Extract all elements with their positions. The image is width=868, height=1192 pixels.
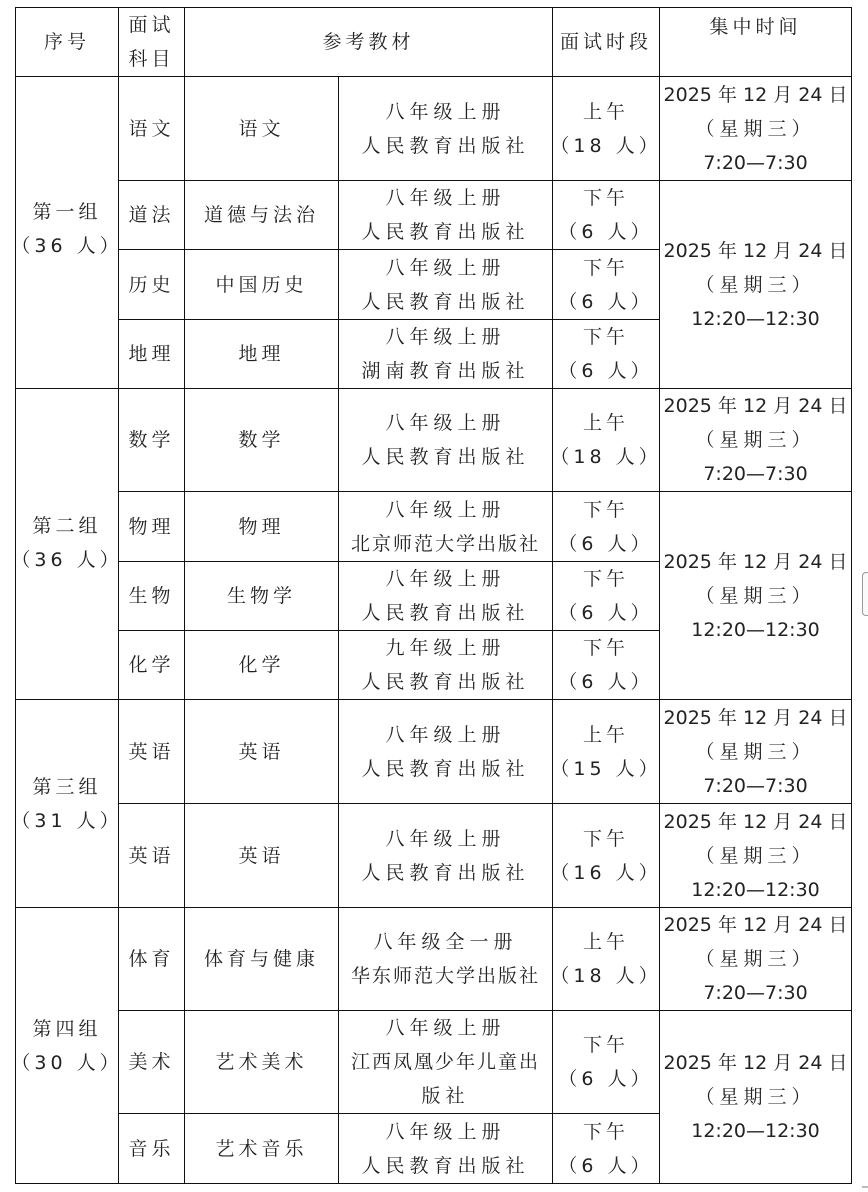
textbook-publisher: 湖南教育出版社 — [361, 354, 529, 388]
assembly-weekday: （星期三） — [695, 579, 815, 613]
textbook-publisher-cont: 版社 — [421, 1079, 469, 1113]
assembly-range: 12:20—12:30 — [691, 302, 820, 336]
period-count: （6 人） — [558, 215, 653, 249]
group-count: （36 人） — [11, 543, 122, 577]
course-text: 英语 — [238, 735, 284, 769]
textbook-grade: 八年级上册 — [385, 1115, 505, 1149]
course-text: 化学 — [238, 648, 284, 682]
header-seq: 序号 — [15, 7, 119, 77]
subject-cell: 物理 — [118, 491, 185, 562]
period-cell: 下午（6 人） — [552, 491, 660, 562]
assembly-time-cell: 2025 年 12 月 24 日（星期三）12:20—12:30 — [659, 491, 852, 700]
assembly-weekday: （星期三） — [695, 735, 815, 769]
subject-text: 英语 — [128, 735, 174, 769]
textbook-cell: 八年级上册人民教育出版社 — [338, 561, 553, 631]
period-cell: 下午（6 人） — [552, 319, 660, 389]
side-panel-handle[interactable] — [862, 572, 868, 616]
period-count: （6 人） — [558, 665, 653, 699]
textbook-grade: 八年级上册 — [385, 95, 505, 129]
period-count: （18 人） — [550, 959, 661, 993]
assembly-weekday: （星期三） — [695, 423, 815, 457]
course-text: 体育与健康 — [204, 942, 319, 976]
textbook-cell: 八年级全一册华东师范大学出版社 — [338, 907, 553, 1011]
course-cell: 中国历史 — [184, 249, 339, 320]
header-textbook: 参考教材 — [184, 7, 553, 77]
assembly-weekday: （星期三） — [695, 942, 815, 976]
group-count: （31 人） — [11, 804, 122, 838]
textbook-publisher: 北京师范大学出版社 — [351, 527, 540, 561]
assembly-range: 7:20—7:30 — [703, 976, 807, 1010]
assembly-range: 12:20—12:30 — [691, 873, 820, 907]
textbook-publisher: 华东师范大学出版社 — [351, 959, 540, 993]
subject-text: 数学 — [128, 423, 174, 457]
textbook-cell: 八年级上册江西凤凰少年儿童出版社 — [338, 1010, 553, 1114]
assembly-date: 2025 年 12 月 24 日 — [664, 1046, 848, 1080]
period-cell: 上午（18 人） — [552, 907, 660, 1011]
course-cell: 数学 — [184, 388, 339, 492]
group-cell: 第三组 （31 人） — [15, 699, 119, 908]
subject-text: 音乐 — [128, 1132, 174, 1166]
course-text: 物理 — [238, 510, 284, 544]
period-text: 下午 — [583, 1028, 629, 1062]
textbook-cell: 八年级上册人民教育出版社 — [338, 249, 553, 320]
group-count: （36 人） — [11, 229, 122, 263]
textbook-grade: 八年级上册 — [385, 493, 505, 527]
subject-cell: 体育 — [118, 907, 185, 1011]
period-text: 上午 — [583, 718, 629, 752]
period-count: （16 人） — [550, 856, 661, 890]
subject-text: 体育 — [128, 942, 174, 976]
period-count: （18 人） — [550, 440, 661, 474]
textbook-grade: 八年级上册 — [385, 181, 505, 215]
period-cell: 上午（15 人） — [552, 699, 660, 804]
period-cell: 上午（18 人） — [552, 388, 660, 492]
course-cell: 体育与健康 — [184, 907, 339, 1011]
subject-text: 道法 — [128, 198, 174, 232]
subject-text: 语文 — [128, 112, 174, 146]
period-count: （6 人） — [558, 596, 653, 630]
period-count: （18 人） — [550, 129, 661, 163]
period-count: （6 人） — [558, 285, 653, 319]
period-text: 上午 — [583, 406, 629, 440]
assembly-weekday: （星期三） — [695, 268, 815, 302]
course-cell: 艺术音乐 — [184, 1113, 339, 1184]
textbook-grade: 八年级上册 — [385, 822, 505, 856]
period-text: 下午 — [583, 631, 629, 665]
subject-cell: 生物 — [118, 561, 185, 631]
subject-cell: 历史 — [118, 249, 185, 320]
period-cell: 下午（6 人） — [552, 1010, 660, 1114]
group-cell: 第二组 （36 人） — [15, 388, 119, 700]
subject-text: 物理 — [128, 510, 174, 544]
subject-text: 英语 — [128, 839, 174, 873]
course-cell: 英语 — [184, 803, 339, 908]
assembly-time-cell: 2025 年 12 月 24 日（星期三）12:20—12:30 — [659, 803, 852, 908]
textbook-grade: 八年级上册 — [385, 562, 505, 596]
course-cell: 物理 — [184, 491, 339, 562]
course-text: 英语 — [238, 839, 284, 873]
textbook-grade: 八年级上册 — [385, 1011, 505, 1045]
assembly-range: 7:20—7:30 — [703, 146, 807, 180]
scroll-corner-mark — [862, 1186, 868, 1188]
assembly-weekday: （星期三） — [695, 1080, 815, 1114]
header-period-label: 面试时段 — [560, 25, 652, 59]
course-cell: 化学 — [184, 630, 339, 700]
period-cell: 上午（18 人） — [552, 76, 660, 181]
textbook-cell: 八年级上册人民教育出版社 — [338, 76, 553, 181]
period-cell: 下午（16 人） — [552, 803, 660, 908]
course-text: 数学 — [238, 423, 284, 457]
header-assembly: 集中时间 — [659, 7, 852, 77]
textbook-grade: 九年级上册 — [385, 631, 505, 665]
course-cell: 生物学 — [184, 561, 339, 631]
textbook-publisher: 人民教育出版社 — [361, 856, 529, 890]
course-text: 地理 — [238, 337, 284, 371]
assembly-date: 2025 年 12 月 24 日 — [664, 389, 848, 423]
header-textbook-label: 参考教材 — [322, 25, 414, 59]
subject-cell: 英语 — [118, 803, 185, 908]
assembly-time-cell: 2025 年 12 月 24 日（星期三）7:20—7:30 — [659, 388, 852, 492]
assembly-date: 2025 年 12 月 24 日 — [664, 805, 848, 839]
course-text: 中国历史 — [215, 268, 307, 302]
subject-cell: 地理 — [118, 319, 185, 389]
course-text: 道德与法治 — [204, 198, 319, 232]
subject-cell: 语文 — [118, 76, 185, 181]
group-name: 第二组 — [32, 509, 101, 543]
header-assembly-label: 集中时间 — [709, 10, 801, 44]
subject-text: 历史 — [128, 268, 174, 302]
course-cell: 英语 — [184, 699, 339, 804]
textbook-grade: 八年级上册 — [385, 406, 505, 440]
period-cell: 下午（6 人） — [552, 1113, 660, 1184]
textbook-publisher: 人民教育出版社 — [361, 285, 529, 319]
period-count: （15 人） — [550, 752, 661, 786]
course-cell: 地理 — [184, 319, 339, 389]
course-cell: 道德与法治 — [184, 180, 339, 250]
header-subject: 面试 科目 — [118, 7, 185, 77]
period-cell: 下午（6 人） — [552, 561, 660, 631]
period-cell: 下午（6 人） — [552, 630, 660, 700]
subject-text: 生物 — [128, 579, 174, 613]
period-count: （6 人） — [558, 1062, 653, 1096]
period-count: （6 人） — [558, 1149, 653, 1183]
subject-text: 美术 — [128, 1045, 174, 1079]
textbook-grade: 八年级上册 — [385, 320, 505, 354]
assembly-date: 2025 年 12 月 24 日 — [664, 908, 848, 942]
textbook-cell: 八年级上册人民教育出版社 — [338, 180, 553, 250]
textbook-publisher: 江西凤凰少年儿童出 — [351, 1045, 540, 1079]
textbook-cell: 八年级上册人民教育出版社 — [338, 699, 553, 804]
textbook-grade: 八年级上册 — [385, 251, 505, 285]
textbook-publisher: 人民教育出版社 — [361, 596, 529, 630]
period-text: 上午 — [583, 95, 629, 129]
period-count: （6 人） — [558, 354, 653, 388]
header-seq-label: 序号 — [44, 25, 90, 59]
subject-text: 地理 — [128, 337, 174, 371]
assembly-time-cell: 2025 年 12 月 24 日（星期三）7:20—7:30 — [659, 699, 852, 804]
subject-cell: 美术 — [118, 1010, 185, 1114]
period-text: 下午 — [583, 493, 629, 527]
textbook-publisher: 人民教育出版社 — [361, 440, 529, 474]
period-text: 下午 — [583, 822, 629, 856]
period-text: 下午 — [583, 562, 629, 596]
assembly-date: 2025 年 12 月 24 日 — [664, 78, 848, 112]
header-period: 面试时段 — [552, 7, 660, 77]
header-subject-line2: 科目 — [128, 42, 174, 76]
header-subject-line1: 面试 — [128, 8, 174, 42]
textbook-cell: 九年级上册人民教育出版社 — [338, 630, 553, 700]
assembly-date: 2025 年 12 月 24 日 — [664, 234, 848, 268]
period-count: （6 人） — [558, 527, 653, 561]
assembly-range: 7:20—7:30 — [703, 457, 807, 491]
textbook-cell: 八年级上册北京师范大学出版社 — [338, 491, 553, 562]
period-cell: 下午（6 人） — [552, 180, 660, 250]
textbook-cell: 八年级上册人民教育出版社 — [338, 1113, 553, 1184]
assembly-time-cell: 2025 年 12 月 24 日（星期三）7:20—7:30 — [659, 907, 852, 1011]
assembly-range: 12:20—12:30 — [691, 613, 820, 647]
assembly-date: 2025 年 12 月 24 日 — [664, 701, 848, 735]
textbook-cell: 八年级上册湖南教育出版社 — [338, 319, 553, 389]
textbook-publisher: 人民教育出版社 — [361, 215, 529, 249]
textbook-publisher: 人民教育出版社 — [361, 1149, 529, 1183]
period-text: 下午 — [583, 181, 629, 215]
textbook-cell: 八年级上册人民教育出版社 — [338, 388, 553, 492]
assembly-range: 7:20—7:30 — [703, 769, 807, 803]
group-name: 第一组 — [32, 195, 101, 229]
subject-cell: 化学 — [118, 630, 185, 700]
group-cell: 第一组 （36 人） — [15, 76, 119, 389]
textbook-publisher: 人民教育出版社 — [361, 752, 529, 786]
assembly-range: 12:20—12:30 — [691, 1114, 820, 1148]
assembly-time-cell: 2025 年 12 月 24 日（星期三）12:20—12:30 — [659, 1010, 852, 1184]
textbook-grade: 八年级全一册 — [373, 925, 517, 959]
assembly-time-cell: 2025 年 12 月 24 日（星期三）12:20—12:30 — [659, 180, 852, 389]
period-text: 上午 — [583, 925, 629, 959]
subject-text: 化学 — [128, 648, 174, 682]
course-text: 语文 — [238, 112, 284, 146]
course-text: 生物学 — [227, 579, 296, 613]
group-count: （30 人） — [11, 1046, 122, 1080]
course-cell: 艺术美术 — [184, 1010, 339, 1114]
assembly-weekday: （星期三） — [695, 839, 815, 873]
group-name: 第三组 — [32, 770, 101, 804]
period-text: 下午 — [583, 1115, 629, 1149]
period-text: 下午 — [583, 251, 629, 285]
subject-cell: 英语 — [118, 699, 185, 804]
textbook-publisher: 人民教育出版社 — [361, 665, 529, 699]
course-cell: 语文 — [184, 76, 339, 181]
assembly-time-cell: 2025 年 12 月 24 日（星期三）7:20—7:30 — [659, 76, 852, 181]
period-cell: 下午（6 人） — [552, 249, 660, 320]
subject-cell: 道法 — [118, 180, 185, 250]
textbook-grade: 八年级上册 — [385, 718, 505, 752]
textbook-publisher: 人民教育出版社 — [361, 129, 529, 163]
group-name: 第四组 — [32, 1012, 101, 1046]
course-text: 艺术美术 — [215, 1045, 307, 1079]
assembly-weekday: （星期三） — [695, 112, 815, 146]
textbook-cell: 八年级上册人民教育出版社 — [338, 803, 553, 908]
assembly-date: 2025 年 12 月 24 日 — [664, 545, 848, 579]
course-text: 艺术音乐 — [215, 1132, 307, 1166]
group-cell: 第四组 （30 人） — [15, 907, 119, 1184]
period-text: 下午 — [583, 320, 629, 354]
subject-cell: 音乐 — [118, 1113, 185, 1184]
subject-cell: 数学 — [118, 388, 185, 492]
